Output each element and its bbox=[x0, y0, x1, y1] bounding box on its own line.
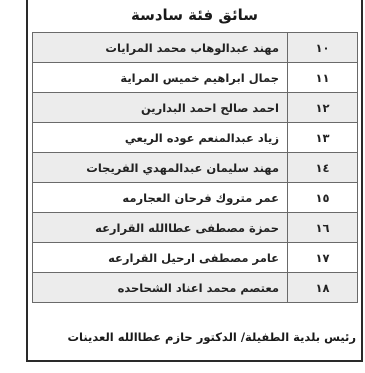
row-number: ١٤ bbox=[288, 153, 358, 183]
row-number: ١٢ bbox=[288, 93, 358, 123]
row-number: ١٧ bbox=[288, 243, 358, 273]
table-row: ١٥ عمر متروك فرحان العجارمه bbox=[33, 183, 358, 213]
row-number: ١٣ bbox=[288, 123, 358, 153]
row-name: مهند سليمان عبدالمهدي الفريجات bbox=[33, 153, 288, 183]
row-name: جمال ابراهيم خميس المراية bbox=[33, 63, 288, 93]
names-table: ١٠ مهند عبدالوهاب محمد المرايات ١١ جمال … bbox=[32, 32, 358, 303]
table-row: ١٠ مهند عبدالوهاب محمد المرايات bbox=[33, 33, 358, 63]
table-row: ١٤ مهند سليمان عبدالمهدي الفريجات bbox=[33, 153, 358, 183]
row-number: ١٦ bbox=[288, 213, 358, 243]
row-name: مهند عبدالوهاب محمد المرايات bbox=[33, 33, 288, 63]
row-number: ١٥ bbox=[288, 183, 358, 213]
signature-line: رئيس بلدية الطفيلة/ الدكتور حازم عطاالله… bbox=[32, 330, 356, 344]
table-row: ١١ جمال ابراهيم خميس المراية bbox=[33, 63, 358, 93]
table-row: ١٢ احمد صالح احمد البدارين bbox=[33, 93, 358, 123]
row-name: عامر مصطفى ارحيل القرارعه bbox=[33, 243, 288, 273]
table-row: ١٨ معتصم محمد اعناد الشحاحده bbox=[33, 273, 358, 303]
row-name: احمد صالح احمد البدارين bbox=[33, 93, 288, 123]
row-number: ١٠ bbox=[288, 33, 358, 63]
section-title: سائق فئة سادسة bbox=[26, 6, 363, 24]
row-number: ١٨ bbox=[288, 273, 358, 303]
row-name: حمزة مصطفى عطاالله القرارعه bbox=[33, 213, 288, 243]
table-row: ١٧ عامر مصطفى ارحيل القرارعه bbox=[33, 243, 358, 273]
table-row: ١٦ حمزة مصطفى عطاالله القرارعه bbox=[33, 213, 358, 243]
row-number: ١١ bbox=[288, 63, 358, 93]
row-name: زياد عبدالمنعم عوده الريعي bbox=[33, 123, 288, 153]
row-name: عمر متروك فرحان العجارمه bbox=[33, 183, 288, 213]
row-name: معتصم محمد اعناد الشحاحده bbox=[33, 273, 288, 303]
table-row: ١٣ زياد عبدالمنعم عوده الريعي bbox=[33, 123, 358, 153]
